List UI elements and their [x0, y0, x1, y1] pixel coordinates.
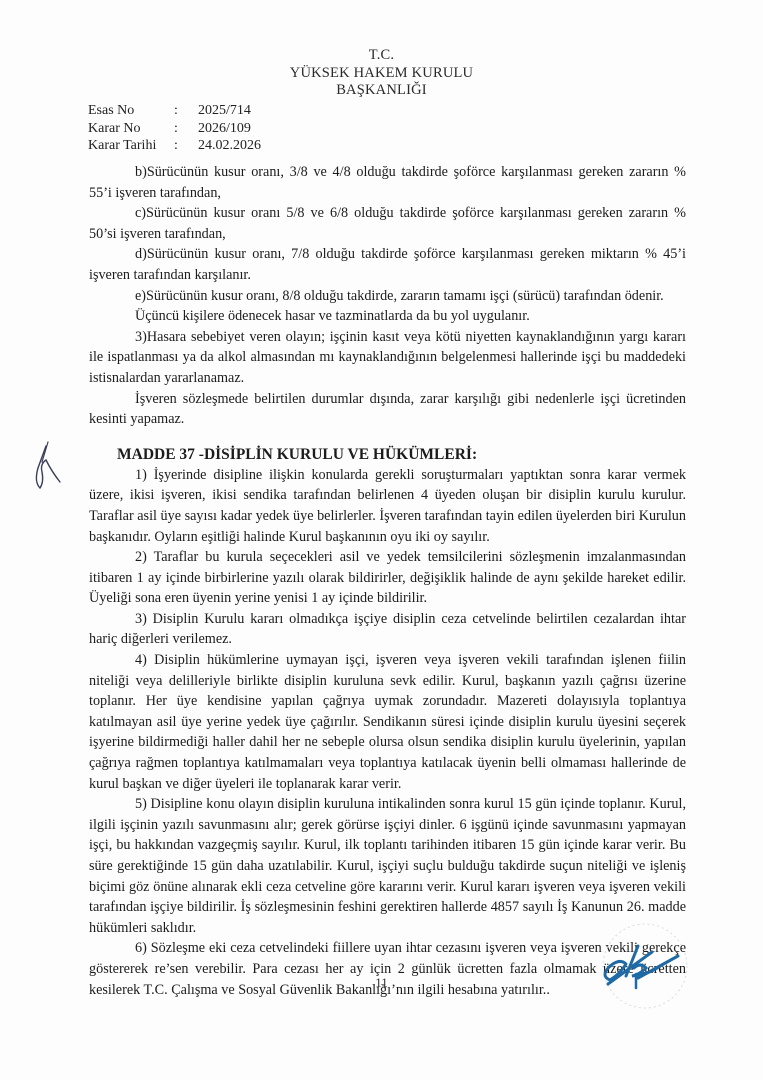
paragraph-third-parties: Üçüncü kişilere ödenecek hasar ve tazmin…	[89, 306, 686, 327]
header-line-presidency: BAŞKANLIĞI	[0, 82, 763, 100]
article-heading: MADDE 37 -DİSİPLİN KURULU VE HÜKÜMLERİ:	[89, 445, 686, 465]
meta-value: 24.02.2026	[198, 137, 261, 155]
document-body: b)Sürücünün kusur oranı, 3/8 ve 4/8 oldu…	[89, 162, 686, 1000]
paragraph-3: 3)Hasara sebebiyet veren olayın; işçinin…	[89, 327, 686, 389]
meta-row-karar-no: Karar No : 2026/109	[88, 120, 261, 138]
header-line-tc: T.C.	[0, 47, 763, 65]
meta-colon: :	[174, 120, 198, 138]
case-metadata: Esas No : 2025/714 Karar No : 2026/109 K…	[88, 102, 261, 155]
header-line-institution: YÜKSEK HAKEM KURULU	[0, 65, 763, 83]
meta-value: 2026/109	[198, 120, 251, 138]
margin-initial-signature-icon	[28, 438, 78, 498]
paragraph-d: d)Sürücünün kusur oranı, 7/8 olduğu takd…	[89, 244, 686, 285]
article-paragraph-1: 1) İşyerinde disipline ilişkin konularda…	[89, 465, 686, 547]
document-header: T.C. YÜKSEK HAKEM KURULU BAŞKANLIĞI	[0, 47, 763, 100]
meta-value: 2025/714	[198, 102, 251, 120]
article-paragraph-2: 2) Taraflar bu kurula seçecekleri asil v…	[89, 547, 686, 609]
document-page: T.C. YÜKSEK HAKEM KURULU BAŞKANLIĞI Esas…	[0, 0, 763, 1080]
signature-with-stamp-icon	[580, 918, 710, 1018]
article-paragraph-4: 4) Disiplin hükümlerine uymayan işçi, iş…	[89, 650, 686, 794]
page-number: 11	[0, 975, 763, 991]
paragraph-c: c)Sürücünün kusur oranı 5/8 ve 6/8 olduğ…	[89, 203, 686, 244]
paragraph-b: b)Sürücünün kusur oranı, 3/8 ve 4/8 oldu…	[89, 162, 686, 203]
article-paragraph-3: 3) Disiplin Kurulu kararı olmadıkça işçi…	[89, 609, 686, 650]
meta-row-karar-tarihi: Karar Tarihi : 24.02.2026	[88, 137, 261, 155]
paragraph-no-deduction: İşveren sözleşmede belirtilen durumlar d…	[89, 389, 686, 430]
meta-colon: :	[174, 137, 198, 155]
meta-label: Karar Tarihi	[88, 137, 174, 155]
meta-row-esas-no: Esas No : 2025/714	[88, 102, 261, 120]
paragraph-e: e)Sürücünün kusur oranı, 8/8 olduğu takd…	[89, 286, 686, 307]
meta-label: Esas No	[88, 102, 174, 120]
meta-colon: :	[174, 102, 198, 120]
article-paragraph-5: 5) Disipline konu olayın disiplin kurulu…	[89, 794, 686, 938]
meta-label: Karar No	[88, 120, 174, 138]
